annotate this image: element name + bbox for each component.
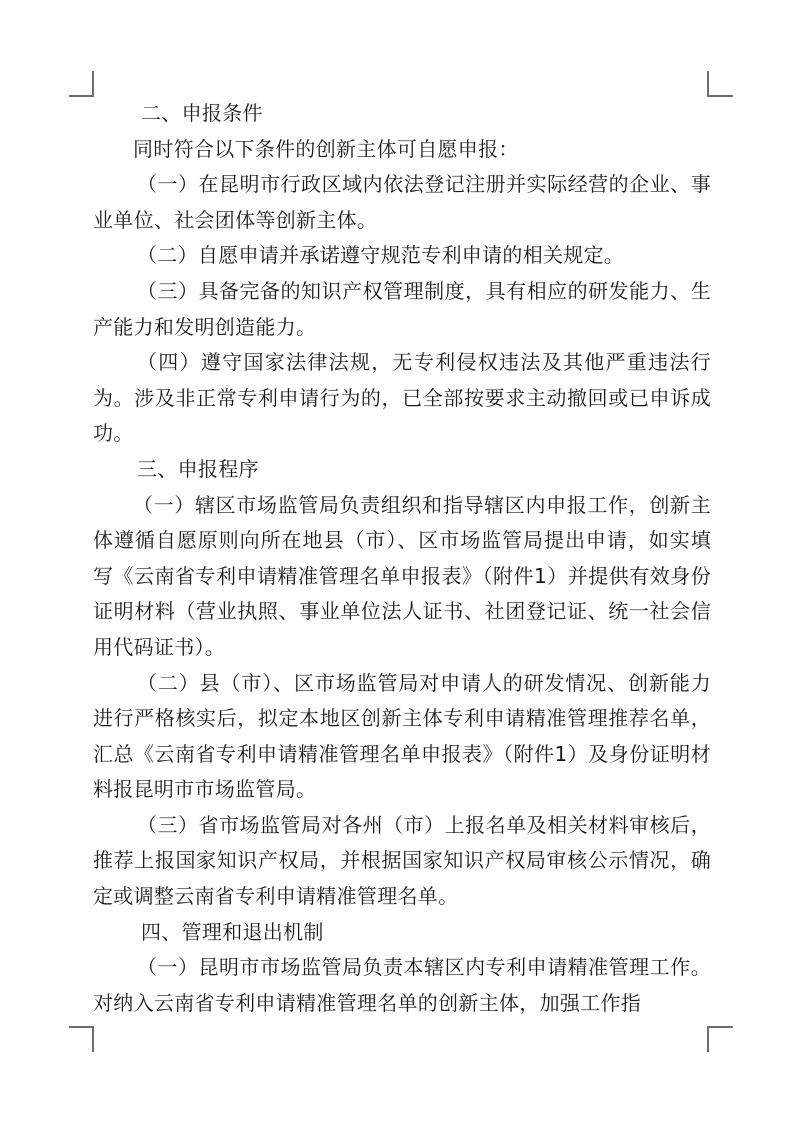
paragraph-procedure-2: （二）县（市）、区市场监管局对申请人的研发情况、创新能力进行严格核实后，拟定本地… (93, 666, 711, 808)
paragraph-procedure-3: （三）省市场监管局对各州（市）上报名单及相关材料审核后，推荐上报国家知识产权局，… (93, 808, 711, 915)
paragraph-condition-1: （一）在昆明市行政区域内依法登记注册并实际经营的企业、事业单位、社会团体等创新主… (93, 167, 711, 238)
paragraph-condition-3: （三）具备完备的知识产权管理制度，具有相应的研发能力、生产能力和发明创造能力。 (93, 274, 711, 345)
section-heading-management: 四、管理和退出机制 (93, 915, 711, 951)
document-body: 二、申报条件 同时符合以下条件的创新主体可自愿申报： （一）在昆明市行政区域内依… (93, 96, 711, 1021)
section-heading-procedure: 三、申报程序 (93, 452, 711, 488)
paragraph-intro: 同时符合以下条件的创新主体可自愿申报： (93, 132, 711, 168)
section-heading-conditions: 二、申报条件 (93, 96, 711, 132)
paragraph-condition-4: （四）遵守国家法律法规，无专利侵权违法及其他严重违法行为。涉及非正常专利申请行为… (93, 345, 711, 452)
paragraph-management-1: （一）昆明市市场监管局负责本辖区内专利申请精准管理工作。对纳入云南省专利申请精准… (93, 950, 711, 1021)
paragraph-procedure-1: （一）辖区市场监管局负责组织和指导辖区内申报工作，创新主体遵循自愿原则向所在地县… (93, 488, 711, 666)
paragraph-condition-2: （二）自愿申请并承诺遵守规范专利申请的相关规定。 (93, 238, 711, 274)
